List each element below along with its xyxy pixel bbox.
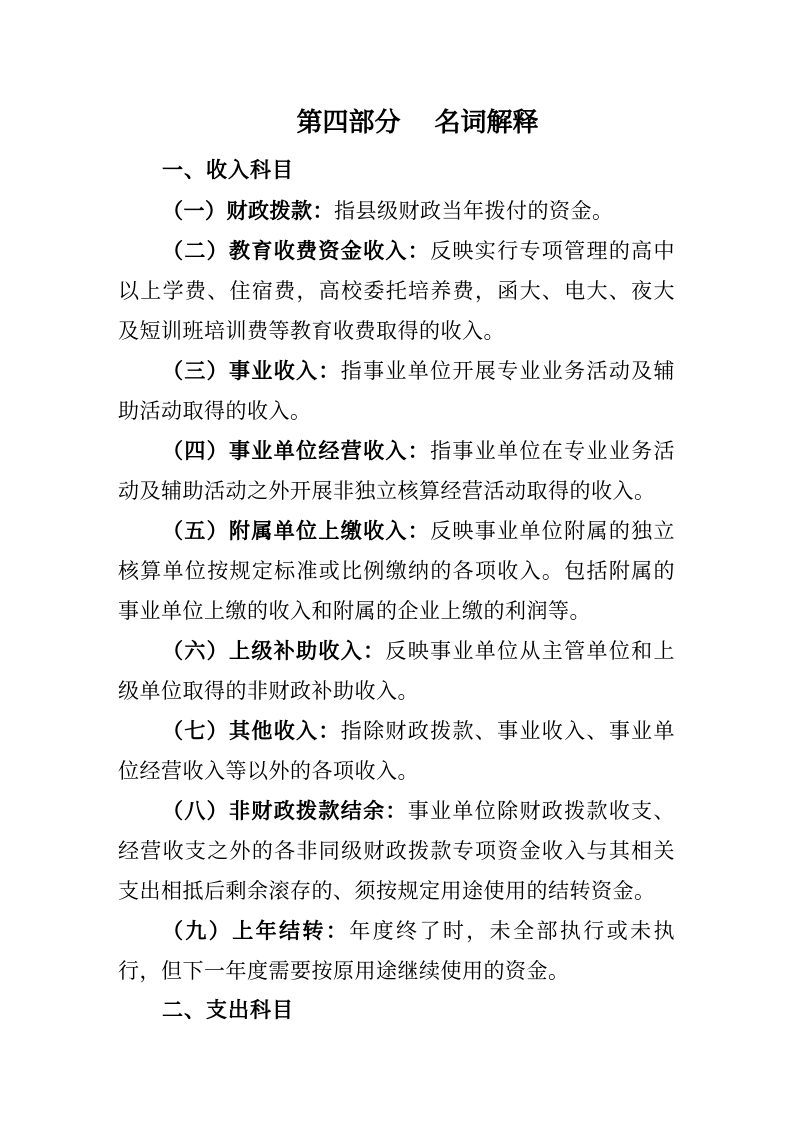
term-paragraph-6: （六）上级补助收入：反映事业单位从主管单位和上级单位取得的非财政补助收入。 — [118, 631, 675, 711]
term-paragraph-8: （八）非财政拨款结余：事业单位除财政拨款收支、经营收支之外的各非同级财政拨款专项… — [118, 791, 675, 911]
section-heading-expenditure: 二、支出科目 — [118, 991, 675, 1031]
term-label: （一）财政拨款： — [162, 199, 334, 223]
title-part-label: 第四部分 — [296, 103, 400, 143]
term-label: （八）非财政拨款结余： — [162, 799, 408, 823]
page-title: 第四部分 名词解释 — [160, 103, 675, 143]
title-name-label: 名词解释 — [435, 103, 539, 143]
term-paragraph-9: （九）上年结转：年度终了时，未全部执行或未执行，但下一年度需要按原用途继续使用的… — [118, 911, 675, 991]
document-page: 第四部分 名词解释 一、收入科目 （一）财政拨款：指县级财政当年拨付的资金。 （… — [0, 0, 793, 1122]
term-paragraph-7: （七）其他收入：指除财政拨款、事业收入、事业单位经营收入等以外的各项收入。 — [118, 711, 675, 791]
term-paragraph-3: （三）事业收入：指事业单位开展专业业务活动及辅助活动取得的收入。 — [118, 351, 675, 431]
term-label: （三）事业收入： — [162, 359, 341, 383]
term-label: （二）教育收费资金收入： — [162, 239, 430, 263]
section-heading-income: 一、收入科目 — [118, 151, 675, 191]
term-label: （四）事业单位经营收入： — [162, 439, 430, 463]
term-label: （六）上级补助收入： — [162, 639, 385, 663]
term-definition: 指县级财政当年拨付的资金。 — [334, 199, 614, 223]
term-label: （七）其他收入： — [162, 719, 341, 743]
term-paragraph-2: （二）教育收费资金收入：反映实行专项管理的高中以上学费、住宿费，高校委托培养费，… — [118, 231, 675, 351]
term-paragraph-4: （四）事业单位经营收入：指事业单位在专业业务活动及辅助活动之外开展非独立核算经营… — [118, 431, 675, 511]
term-label: （九）上年结转： — [162, 919, 349, 943]
term-label: （五）附属单位上缴收入： — [162, 519, 430, 543]
term-paragraph-1: （一）财政拨款：指县级财政当年拨付的资金。 — [118, 191, 675, 231]
term-paragraph-5: （五）附属单位上缴收入：反映事业单位附属的独立核算单位按规定标准或比例缴纳的各项… — [118, 511, 675, 631]
